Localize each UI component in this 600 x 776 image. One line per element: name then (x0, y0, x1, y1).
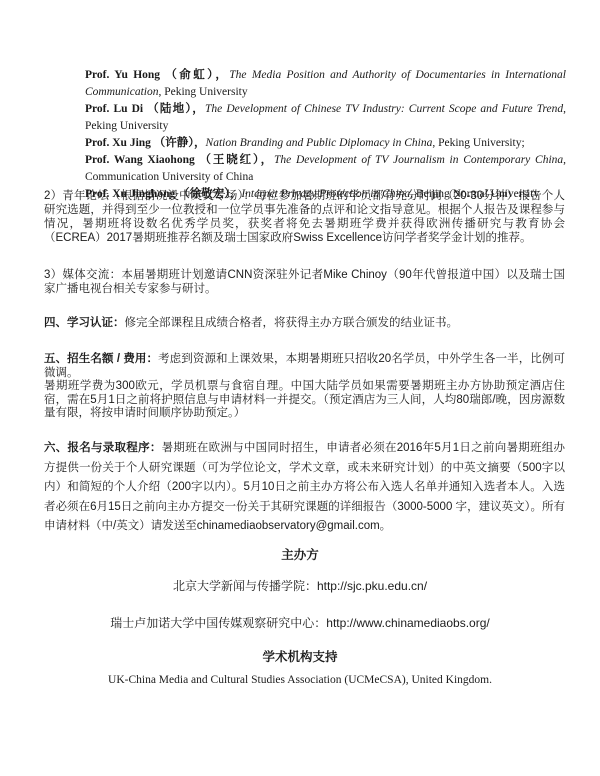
enrollment-fees-section: 五、招生名额 / 费用：考虑到资源和上课效果，本期暑期班只招收20名学员，中外学… (44, 353, 565, 421)
speaker-name-zh: （许静）， (154, 137, 206, 149)
certification-heading: 四、学习认证： (44, 317, 125, 329)
speaker-affiliation: , Peking University; (432, 137, 524, 149)
talk-title: The Development of Chinese TV Industry: … (205, 103, 563, 115)
application-paragraph: 六、报名与录取程序：暑期班在欧洲与中国同时招生，申请者必须在2016年5月1日之… (44, 439, 565, 537)
speaker-entry: Prof. Wang Xiaohong （王晓红），The Developmen… (85, 152, 566, 186)
speaker-name: Prof. Xu Jing (85, 137, 154, 149)
enrollment-heading: 五、招生名额 / 费用： (44, 353, 158, 365)
certification-paragraph: 四、学习认证：修完全部课程且成绩合格者，将获得主办方联合颁发的结业证书。 (44, 316, 565, 330)
organizers-heading: 主办方 (0, 545, 600, 563)
organizer-usi-label: 瑞士卢加诺大学中国传媒观察研究中心： (110, 616, 326, 630)
document-page: Prof. Yu Hong （俞虹），The Media Position an… (0, 0, 600, 776)
organizer-pku-line: 北京大学新闻与传播学院：http://sjc.pku.edu.cn/ (0, 577, 600, 594)
speaker-name-zh: （陆地）， (147, 103, 205, 115)
speaker-name: Prof. Yu Hong (85, 69, 165, 81)
application-text: 暑期班在欧洲与中国同时招生，申请者必须在2016年5月1日之前向暑期班组办方提供… (44, 442, 565, 532)
certification-text: 修完全部课程且成绩合格者，将获得主办方联合颁发的结业证书。 (125, 317, 459, 329)
speaker-entry: Prof. Yu Hong （俞虹），The Media Position an… (85, 67, 566, 101)
speaker-affiliation: , Peking University (158, 86, 247, 98)
speaker-name-zh: （俞虹）， (165, 69, 229, 81)
speaker-name: Prof. Wang Xiaohong (85, 154, 199, 166)
speaker-name: Prof. Lu Di (85, 103, 147, 115)
support-heading: 学术机构支持 (0, 647, 600, 665)
fees-paragraph: 暑期班学费为300欧元，学员机票与食宿自理。中国大陆学员如果需要暑期班主办方协助… (44, 380, 565, 421)
organizer-usi-line: 瑞士卢加诺大学中国传媒观察研究中心：http://www.chinamediao… (0, 614, 600, 631)
speaker-list: Prof. Yu Hong （俞虹），The Media Position an… (85, 67, 566, 203)
speaker-entry: Prof. Lu Di （陆地），The Development of Chin… (85, 101, 566, 135)
enrollment-paragraph: 五、招生名额 / 费用：考虑到资源和上课效果，本期暑期班只招收20名学员，中外学… (44, 353, 565, 380)
support-line: UK-China Media and Cultural Studies Asso… (0, 674, 600, 686)
speaker-name-zh: （王晓红）， (199, 154, 273, 166)
chinamediaobs-url: http://www.chinamediaobs.org/ (326, 616, 489, 630)
speaker-entry: Prof. Xu Jing （许静），Nation Branding and P… (85, 135, 566, 152)
application-heading: 六、报名与录取程序： (44, 442, 162, 454)
talk-title: The Development of TV Journalism in Cont… (274, 154, 563, 166)
youth-forum-paragraph: 2）青年论坛（根据情况设中英文专场）：每位参加暑期班的学员都有充分时间（20-3… (44, 189, 565, 245)
organizer-pku-label: 北京大学新闻与传播学院： (173, 579, 317, 593)
media-exchange-paragraph: 3）媒体交流：本届暑期班计划邀请CNN资深驻外记者Mike Chinoy（90年… (44, 268, 565, 296)
pku-url: http://sjc.pku.edu.cn/ (317, 579, 427, 593)
talk-title: Nation Branding and Public Diplomacy in … (206, 137, 433, 149)
